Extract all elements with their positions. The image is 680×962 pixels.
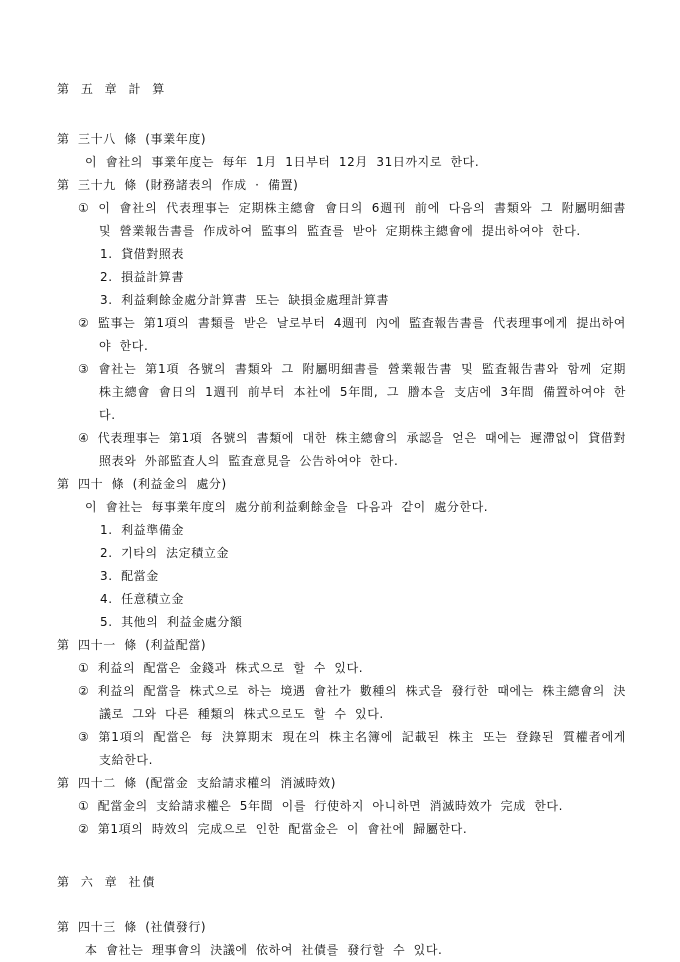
article-39-clause-1: ① 이 會社의 代表理事는 定期株主總會 會日의 6週刊 前에 다음의 書類와 … (57, 197, 626, 243)
article-39-item-1: 1. 貸借對照表 (57, 243, 626, 266)
article-39-clause-2: ② 監事는 第1項의 書類를 받은 날로부터 4週刊 內에 監査報告書를 代表理… (57, 312, 626, 358)
chapter-6-heading: 第 六 章 社債 (57, 871, 626, 894)
article-39-item-3: 3. 利益剩餘金處分計算書 또는 缺損金處理計算書 (57, 289, 626, 312)
article-41-title: 第 四十一 條 (利益配當) (57, 634, 626, 657)
article-40-item-2: 2. 기타의 法定積立金 (57, 542, 626, 565)
chapter-5-heading: 第 五 章 計 算 (57, 78, 626, 101)
article-40-item-3: 3. 配當金 (57, 565, 626, 588)
article-40-body: 이 會社는 每事業年度의 處分前利益剩餘金을 다음과 같이 處分한다. (57, 496, 626, 519)
article-38-body: 이 會社의 事業年度는 每年 1月 1日부터 12月 31日까지로 한다. (57, 151, 626, 174)
article-41-clause-2: ② 利益의 配當을 株式으로 하는 境遇 會社가 數種의 株式을 發行한 때에는… (57, 680, 626, 726)
article-42-clause-1: ① 配當金의 支給請求權은 5年間 이를 行使하지 아니하면 消滅時效가 完成 … (57, 795, 626, 818)
article-43-body: 本 會社는 理事會의 決議에 依하여 社債를 發行할 수 있다. (57, 939, 626, 962)
article-41-clause-3: ③ 第1項의 配當은 每 決算期末 現在의 株主名簿에 記載된 株主 또는 登錄… (57, 726, 626, 772)
article-42-clause-2: ② 第1項의 時效의 完成으로 인한 配當金은 이 會社에 歸屬한다. (57, 818, 626, 841)
article-42-title: 第 四十二 條 (配當金 支給請求權의 消滅時效) (57, 772, 626, 795)
article-39-item-2: 2. 損益計算書 (57, 266, 626, 289)
article-38-title: 第 三十八 條 (事業年度) (57, 128, 626, 151)
article-39-clause-3: ③ 會社는 第1項 各號의 書類와 그 附屬明細書를 營業報告書 및 監査報告書… (57, 358, 626, 427)
article-39-title: 第 三十九 條 (財務諸表의 作成 · 備置) (57, 174, 626, 197)
article-40-item-5: 5. 其他의 利益金處分額 (57, 611, 626, 634)
article-40-item-1: 1. 利益準備金 (57, 519, 626, 542)
article-40-title: 第 四十 條 (利益金의 處分) (57, 473, 626, 496)
article-40-item-4: 4. 任意積立金 (57, 588, 626, 611)
document-page: 第 五 章 計 算 第 三十八 條 (事業年度) 이 會社의 事業年度는 每年 … (0, 0, 680, 962)
article-41-clause-1: ① 利益의 配當은 金錢과 株式으로 할 수 있다. (57, 657, 626, 680)
article-43-title: 第 四十三 條 (社債發行) (57, 916, 626, 939)
article-39-clause-4: ④ 代表理事는 第1項 各號의 書類에 대한 株主總會의 承認을 얻은 때에는 … (57, 427, 626, 473)
